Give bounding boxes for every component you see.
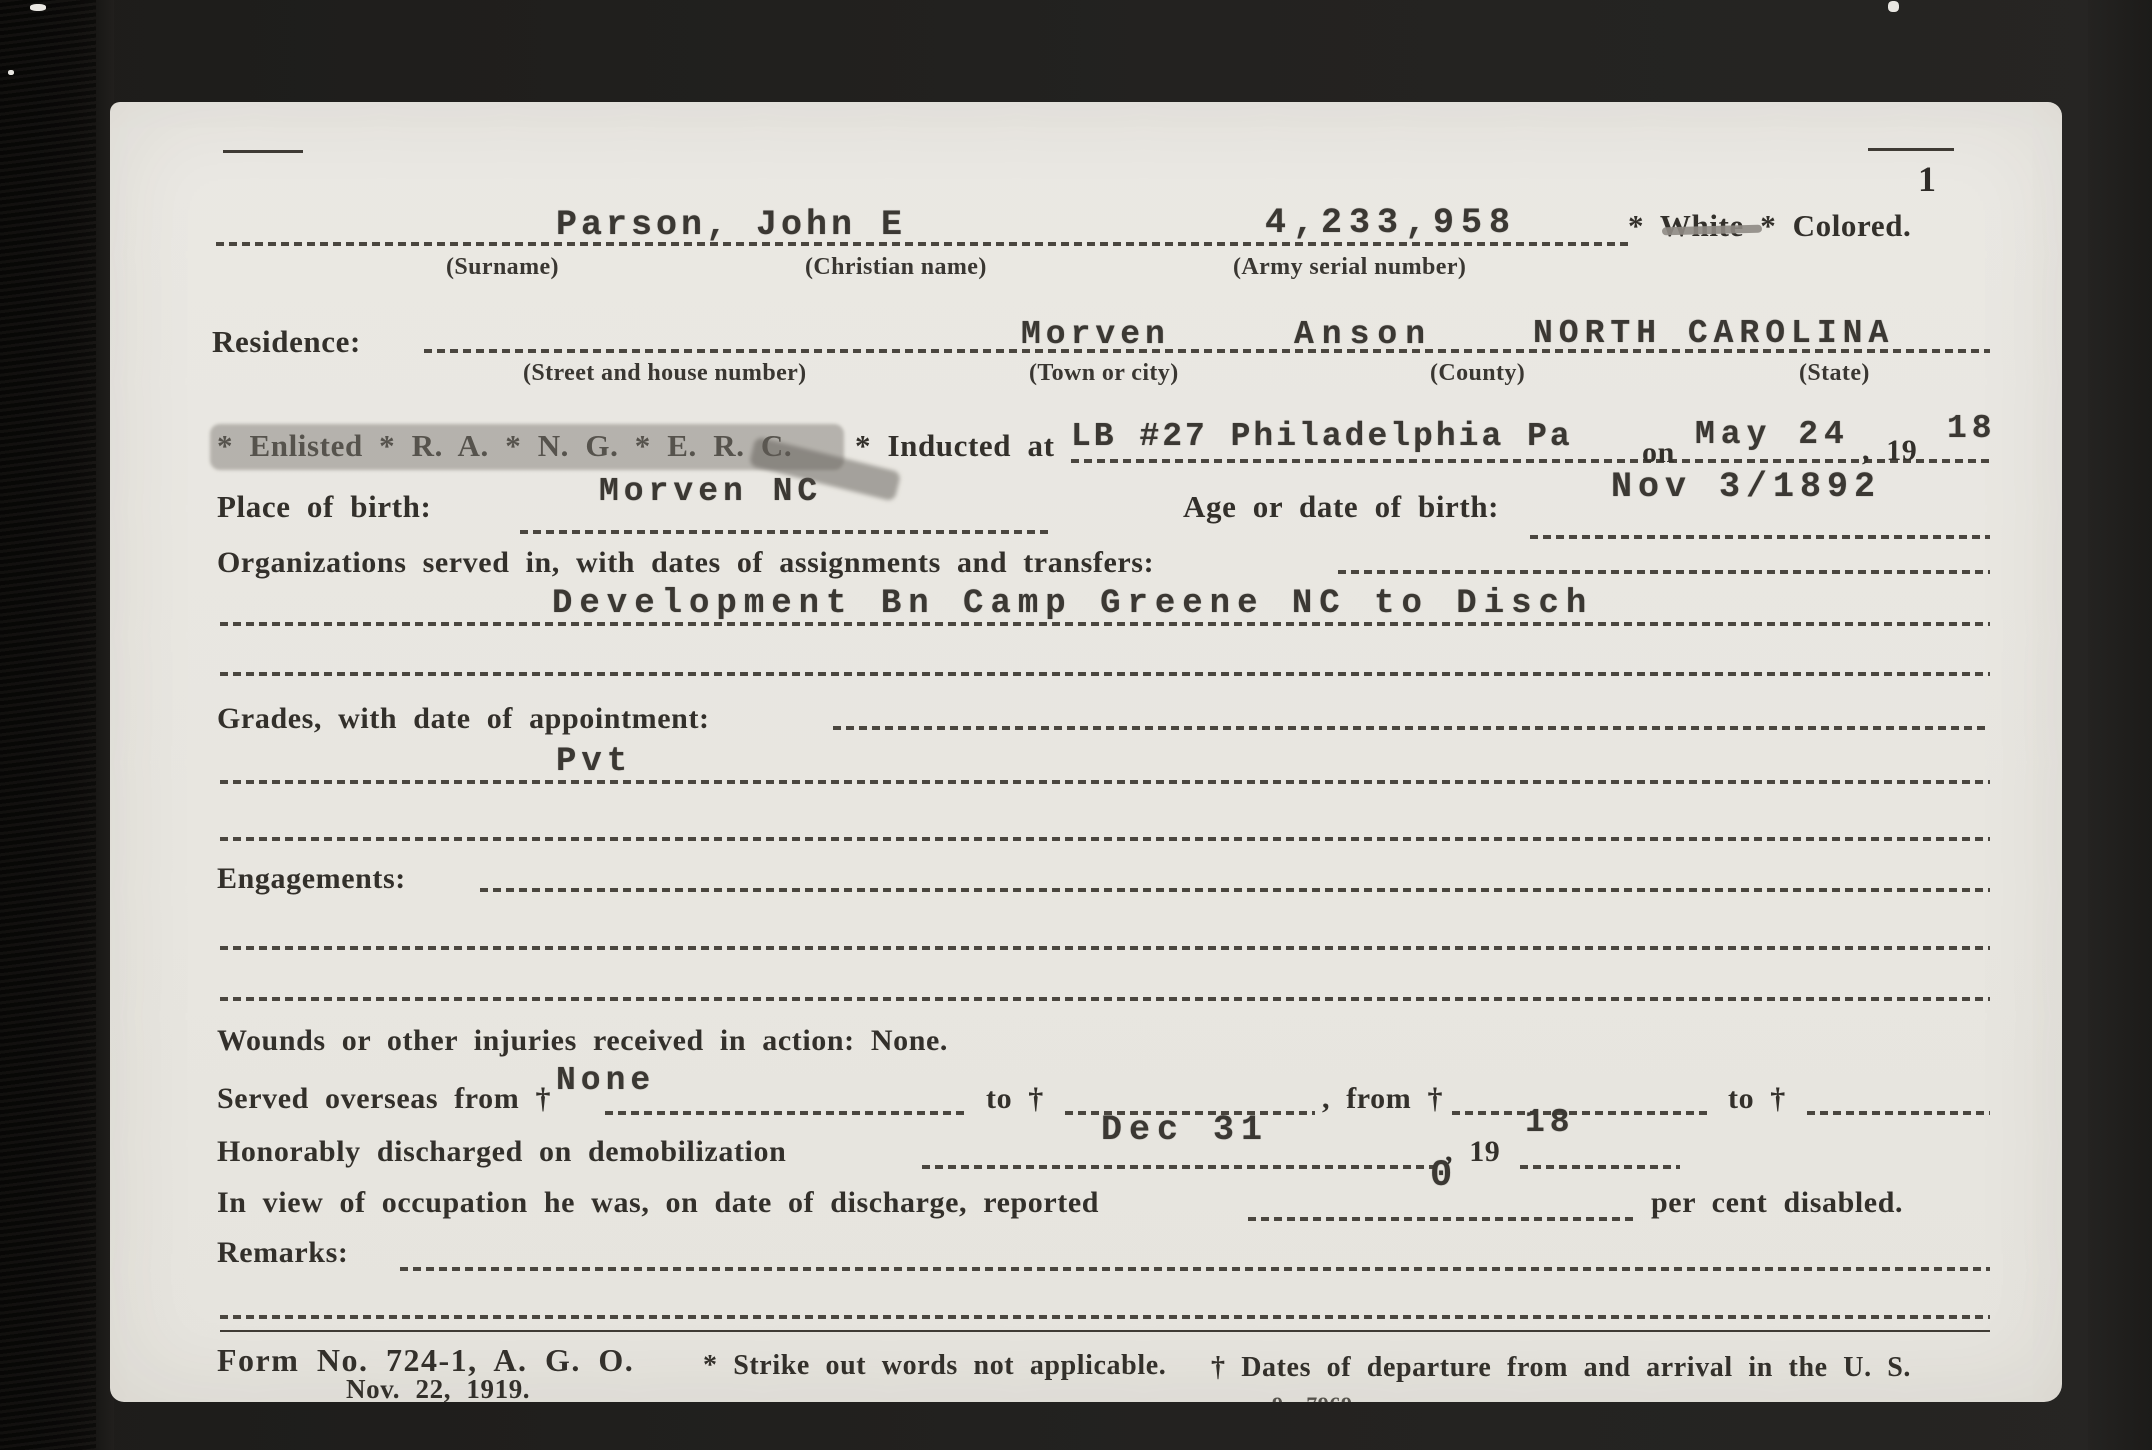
dust-speck xyxy=(8,70,14,75)
remarks-line xyxy=(400,1267,1990,1271)
serial-value: 4,233,958 xyxy=(1265,203,1517,243)
disability-line xyxy=(1248,1217,1638,1221)
surname-label: (Surname) xyxy=(446,254,559,281)
organizations-line-2 xyxy=(220,672,1990,676)
discharged-line xyxy=(922,1165,1436,1169)
state-label: (State) xyxy=(1799,360,1870,387)
percent-disabled-label: per cent disabled. xyxy=(1651,1186,1903,1220)
residence-state-value: NORTH CAROLINA xyxy=(1533,315,1894,352)
overseas-to1-label: to † xyxy=(986,1082,1044,1116)
footer-dotted-line xyxy=(220,1315,1990,1319)
printer-code: 9—7969 xyxy=(1272,1392,1353,1402)
discharge-year-value: 18 xyxy=(1525,1104,1575,1141)
record-card: 1 Parson, John E 4,233,958 * White * Col… xyxy=(110,102,2062,1402)
overseas-line-3 xyxy=(1452,1111,1712,1115)
inducted-place-value: LB #27 Philadelphia Pa xyxy=(1071,418,1573,455)
engagements-line-trail xyxy=(480,888,1990,892)
strike-out-note: * Strike out words not applicable. xyxy=(703,1350,1166,1382)
engagements-line-2 xyxy=(220,997,1990,1001)
wounds-value: None. xyxy=(871,1024,948,1057)
dust-speck xyxy=(1888,1,1899,12)
remarks-label: Remarks: xyxy=(217,1236,348,1270)
page-number: 1 xyxy=(1918,158,1936,200)
engagements-label: Engagements: xyxy=(217,862,406,896)
induction-year-value: 18 xyxy=(1947,410,1997,447)
dagger-note: † Dates of departure from and arrival in… xyxy=(1211,1352,1911,1384)
residence-label: Residence: xyxy=(212,324,361,360)
grades-line-2 xyxy=(220,837,1990,841)
year-19-label: , 19 xyxy=(1862,434,1917,468)
inducted-line xyxy=(1071,459,1990,463)
page-number-overline xyxy=(1868,148,1954,151)
grades-value: Pvt xyxy=(556,743,632,781)
overseas-from2-label: , from † xyxy=(1322,1082,1443,1116)
discharge-date-value: Dec 31 xyxy=(1101,1110,1269,1150)
wounds-label: Wounds or other injuries received in act… xyxy=(217,1024,948,1058)
served-overseas-value: None xyxy=(556,1062,655,1099)
dust-speck xyxy=(30,4,46,11)
place-of-birth-label: Place of birth: xyxy=(217,489,431,525)
place-of-birth-line xyxy=(520,530,1050,534)
serial-number-label: (Army serial number) xyxy=(1233,254,1466,281)
inducted-at-label: * Inducted at xyxy=(855,428,1055,464)
grades-label: Grades, with date of appointment: xyxy=(217,702,710,736)
place-of-birth-value: Morven NC xyxy=(599,473,822,510)
race-options: * White * Colored. xyxy=(1628,208,1911,244)
organizations-label: Organizations served in, with dates of a… xyxy=(217,546,1154,580)
overseas-to2-label: to † xyxy=(1728,1082,1786,1116)
organizations-line-trail xyxy=(1338,570,1990,574)
discharged-label: Honorably discharged on demobilization xyxy=(217,1135,786,1169)
organizations-value: Development Bn Camp Greene NC to Disch xyxy=(552,585,1593,623)
on-label: on xyxy=(1642,436,1675,470)
disability-value: 0 xyxy=(1430,1155,1457,1197)
discharged-year-line xyxy=(1520,1165,1680,1169)
footer-rule xyxy=(220,1330,1990,1332)
induction-date-value: May 24 xyxy=(1695,416,1850,453)
corner-dash xyxy=(223,150,303,153)
age-date-of-birth-label: Age or date of birth: xyxy=(1183,489,1499,525)
scan-right-margin xyxy=(2088,0,2152,1450)
date-of-birth-value: Nov 3/1892 xyxy=(1611,467,1881,507)
pencil-smudge xyxy=(210,424,844,470)
overseas-line-1 xyxy=(605,1111,965,1115)
residence-town-value: Morven xyxy=(1021,316,1170,353)
town-label: (Town or city) xyxy=(1029,360,1179,387)
date-of-birth-line xyxy=(1530,535,1990,539)
served-overseas-label: Served overseas from † xyxy=(217,1082,551,1116)
scan-binding-edge xyxy=(0,0,96,1450)
county-label: (County) xyxy=(1430,360,1525,387)
christian-name-label: (Christian name) xyxy=(805,254,987,281)
grades-line-trail xyxy=(833,726,1990,730)
surname-value: Parson, John E xyxy=(556,205,906,245)
grades-line-1 xyxy=(220,780,1990,784)
scanned-page: 1 Parson, John E 4,233,958 * White * Col… xyxy=(0,0,2152,1450)
disability-label: In view of occupation he was, on date of… xyxy=(217,1186,1099,1220)
race-colored: * Colored. xyxy=(1760,208,1911,243)
form-date: Nov. 22, 1919. xyxy=(346,1374,530,1402)
street-label: (Street and house number) xyxy=(523,360,807,387)
engagements-line-1 xyxy=(220,946,1990,950)
race-white-struck: * White xyxy=(1628,208,1744,244)
residence-county-value: Anson xyxy=(1294,316,1433,353)
overseas-line-4 xyxy=(1807,1111,1990,1115)
